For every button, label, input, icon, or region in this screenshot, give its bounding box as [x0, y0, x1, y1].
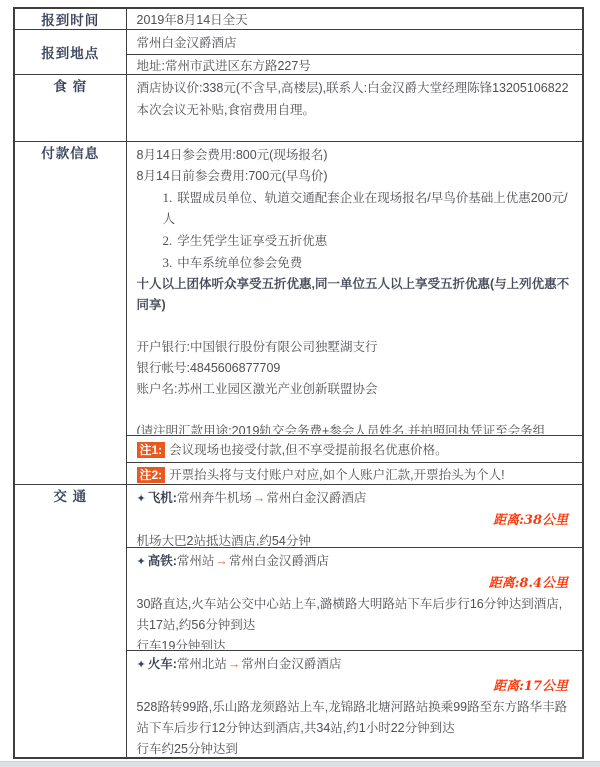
note1-text: 会议现场也接受付款,但不享受提前报名优惠价格。: [169, 443, 447, 457]
discount-item-number: 2.: [163, 233, 173, 248]
route-detail: 30路直达,火车站公交中心站上车,潞横路大明路站下车后步行16分钟达到酒店,共1…: [137, 594, 575, 636]
table-row: 报到时间 2019年8月14日全天: [14, 8, 583, 30]
route-highspeed-rail: ✦高铁:常州站→常州白金汉爵酒店 距离:8.4公里 30路直达,火车站公交中心站…: [137, 548, 575, 649]
note1-cell: 注1:会议现场也接受付款,但不享受提前报名优惠价格。: [126, 436, 583, 463]
discount-item-text: 中车系统单位参会免费: [177, 256, 302, 270]
route-to: 常州白金汉爵酒店: [241, 657, 341, 671]
lodging-price-line: 酒店协议价:338元(不含早,高楼层),联系人:白金汉爵大堂经理陈锋132051…: [137, 77, 575, 99]
route-train: ✦火车:常州北站→常州白金汉爵酒店 距离:17公里 528路转99路,乐山路龙须…: [137, 651, 575, 756]
remit-note-line: (请注明汇款用途:2019轨交会务费+参会人员姓名,并拍照回执凭证至会务组001…: [137, 421, 575, 434]
bank-account-name-line: 账户名:苏州工业园区激光产业创新联盟协会: [137, 379, 575, 400]
route-mode: 高铁:: [148, 554, 177, 568]
discount-item-text: 联盟成员单位、轨道交通配套企业在现场报名/早鸟价基础上优惠200元/人: [163, 191, 568, 226]
spacer: [137, 400, 575, 421]
route-from: 常州站: [177, 554, 215, 568]
diamond-bullet-icon: ✦: [137, 659, 146, 671]
page-bottom-bar: [0, 761, 600, 767]
route-arrow-icon: →: [252, 491, 267, 505]
note1-badge: 注1:: [137, 442, 166, 458]
route-detail: 行车19分钟到达: [137, 636, 575, 649]
route-from: 常州奔牛机场: [177, 491, 252, 505]
lodging-policy-line: 本次会议无补贴,食宿费用自理。: [137, 99, 575, 121]
note2-cell: 注2:开票抬头将与支付账户对应,如个人账户汇款,开票抬头为个人!: [126, 463, 583, 485]
route-to: 常州白金汉爵酒店: [229, 554, 329, 568]
table-row: 食 宿 酒店协议价:338元(不含早,高楼层),联系人:白金汉爵大堂经理陈锋13…: [14, 75, 583, 142]
route-header: ✦高铁:常州站→常州白金汉爵酒店: [137, 551, 575, 573]
bank-account-number-line: 银行帐号:4845606877709: [137, 358, 575, 379]
lodging-cell: 酒店协议价:338元(不含早,高楼层),联系人:白金汉爵大堂经理陈锋132051…: [137, 75, 575, 140]
diamond-bullet-icon: ✦: [137, 556, 146, 568]
route-mode: 火车:: [148, 657, 177, 671]
route-mode: 飞机:: [148, 491, 177, 505]
discount-item: 2.学生凭学生证享受五折优惠: [137, 230, 575, 252]
row-label-lodging: 食 宿: [14, 75, 126, 142]
checkin-time-value: 2019年8月14日全天: [126, 8, 583, 30]
discount-item-number: 3.: [163, 255, 173, 270]
discount-item-text: 学生凭学生证享受五折优惠: [177, 234, 327, 248]
route-plane: ✦飞机:常州奔牛机场→常州白金汉爵酒店 距离:38公里 机场大巴2站抵达酒店,约…: [137, 485, 575, 546]
route-header: ✦火车:常州北站→常州白金汉爵酒店: [137, 654, 575, 676]
bank-name-line: 开户银行:中国银行股份有限公司独墅湖支行: [137, 337, 575, 358]
discount-item-number: 1.: [163, 190, 173, 205]
route-detail: 行车约25分钟达到: [137, 739, 575, 756]
document-page: 报到时间 2019年8月14日全天 报到地点 常州白金汉爵酒店 地址:常州市武进…: [0, 0, 600, 767]
row-label-checkin-time: 报到时间: [14, 8, 126, 30]
route-detail: 机场大巴2站抵达酒店,约54分钟: [137, 531, 575, 546]
route-distance: 距离:38公里: [137, 510, 575, 531]
row-label-checkin-place: 报到地点: [14, 30, 126, 75]
table-row: 交 通 ✦飞机:常州奔牛机场→常州白金汉爵酒店 距离:38公里 机场大巴2站抵达…: [14, 485, 583, 548]
discount-item: 1.联盟成员单位、轨道交通配套企业在现场报名/早鸟价基础上优惠200元/人: [137, 187, 575, 230]
note2-text: 开票抬头将与支付账户对应,如个人账户汇款,开票抬头为个人!: [169, 468, 504, 482]
table-row: 付款信息 8月14日参会费用:800元(现场报名) 8月14日前参会费用:700…: [14, 142, 583, 436]
checkin-place-hotel: 常州白金汉爵酒店: [126, 30, 583, 55]
spacer: [137, 316, 575, 337]
route-distance: 距离:8.4公里: [137, 573, 575, 594]
route-from: 常州北站: [177, 657, 227, 671]
group-discount-note: 十人以上团体听众享受五折优惠,同一单位五人以上享受五折优惠(与上列优惠不同享): [137, 274, 575, 316]
row-label-payment: 付款信息: [14, 142, 126, 485]
table-row: 报到地点 常州白金汉爵酒店: [14, 30, 583, 55]
route-arrow-icon: →: [227, 657, 242, 671]
row-label-transport: 交 通: [14, 485, 126, 758]
checkin-place-address: 地址:常州市武进区东方路227号: [126, 55, 583, 75]
discount-item: 3.中车系统单位参会免费: [137, 252, 575, 274]
route-to: 常州白金汉爵酒店: [266, 491, 366, 505]
route-detail: 528路转99路,乐山路龙须路站上车,龙锦路北塘河路站换乘99路至东方路华丰路站…: [137, 697, 575, 739]
fee-early-line: 8月14日前参会费用:700元(早鸟价): [137, 166, 575, 187]
payment-cell: 8月14日参会费用:800元(现场报名) 8月14日前参会费用:700元(早鸟价…: [137, 142, 575, 434]
route-distance: 距离:17公里: [137, 676, 575, 697]
note2-badge: 注2:: [137, 467, 166, 483]
diamond-bullet-icon: ✦: [137, 493, 146, 505]
event-info-table: 报到时间 2019年8月14日全天 报到地点 常州白金汉爵酒店 地址:常州市武进…: [13, 7, 584, 759]
route-header: ✦飞机:常州奔牛机场→常州白金汉爵酒店: [137, 488, 575, 510]
fee-onsite-line: 8月14日参会费用:800元(现场报名): [137, 145, 575, 166]
route-arrow-icon: →: [214, 554, 229, 568]
